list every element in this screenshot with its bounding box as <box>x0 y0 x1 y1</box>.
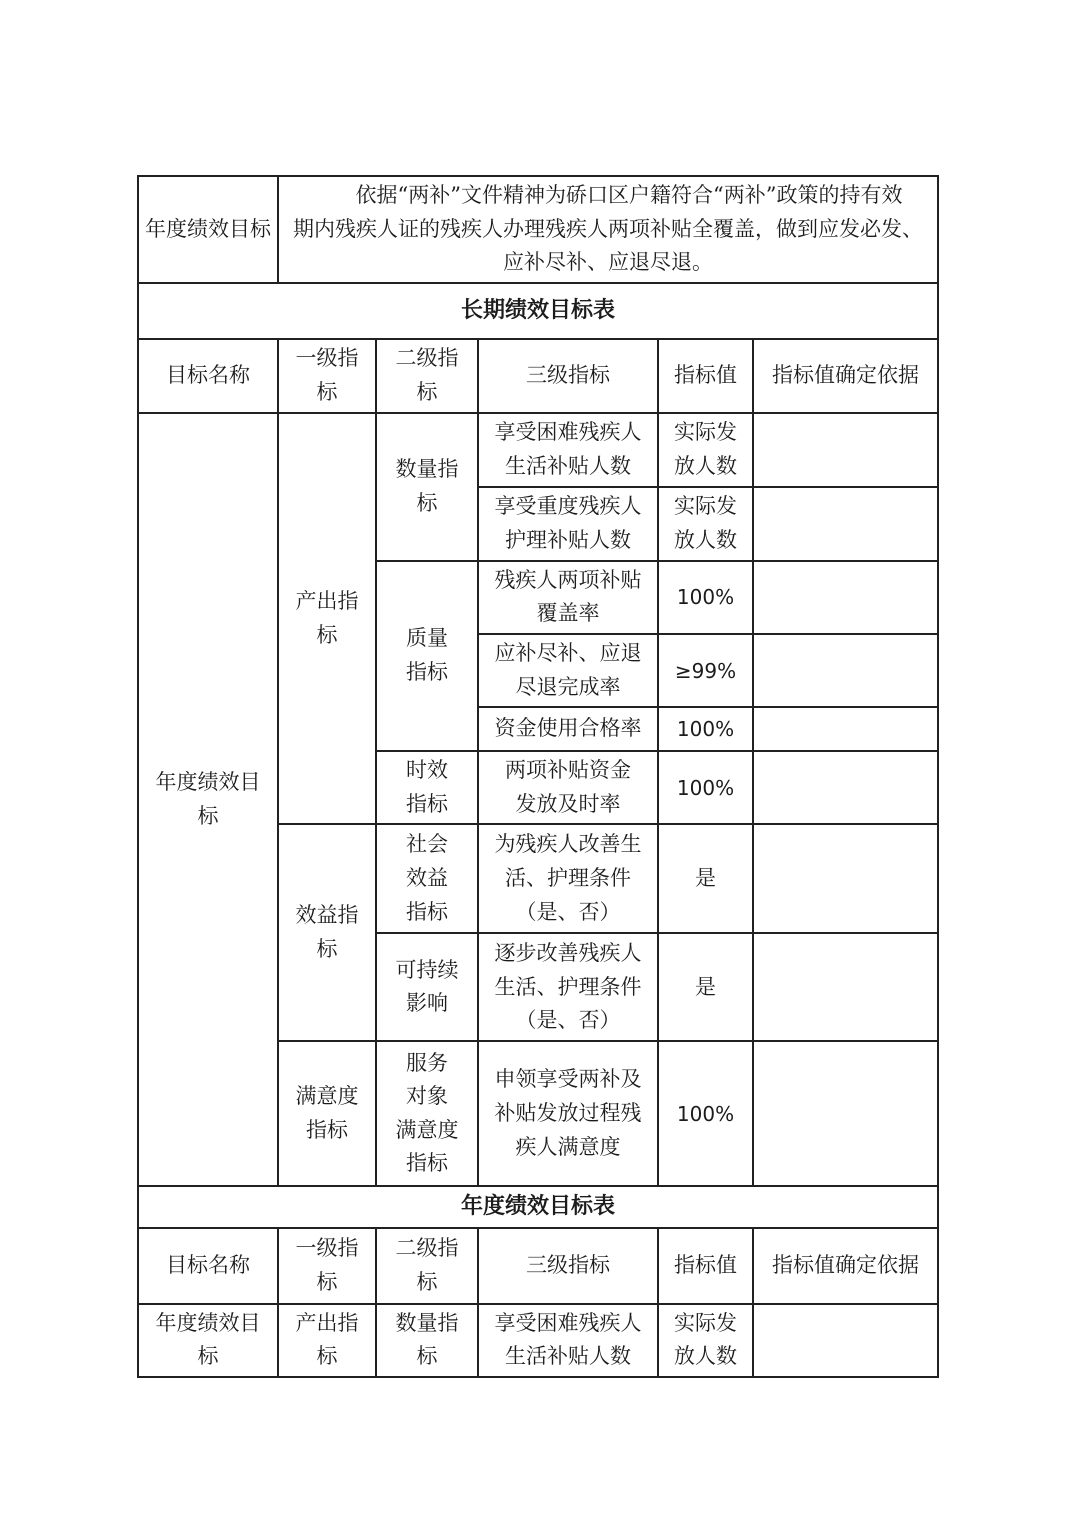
value-cell: 100% <box>658 561 753 634</box>
value-cell: 实际发 放人数 <box>658 1304 753 1377</box>
indicator-cell: 享受困难残疾人 生活补贴人数 <box>478 1304 658 1377</box>
performance-targets-table: 年度绩效目标 依据“两补”文件精神为硚口区户籍符合“两补”政策的持有效 期内残疾… <box>137 175 939 1378</box>
level2-quantity-cell: 数量指 标 <box>376 413 478 561</box>
annual-goal-summary-row: 年度绩效目标 依据“两补”文件精神为硚口区户籍符合“两补”政策的持有效 期内残疾… <box>138 176 938 283</box>
basis-cell <box>753 1304 938 1377</box>
basis-cell <box>753 634 938 707</box>
long-term-table-title-row: 长期绩效目标表 <box>138 283 938 339</box>
indicator-cell: 残疾人两项补贴 覆盖率 <box>478 561 658 634</box>
level2-quantity-cell: 数量指 标 <box>376 1304 478 1377</box>
annual-goal-label-cell: 年度绩效目标 <box>138 176 278 283</box>
indicator-cell: 享受重度残疾人 护理补贴人数 <box>478 487 658 561</box>
value-cell: 是 <box>658 824 753 933</box>
annual-table-title-row: 年度绩效目标表 <box>138 1186 938 1227</box>
level2-social-benefit-cell: 社会 效益 指标 <box>376 824 478 933</box>
header-value-basis: 指标值确定依据 <box>753 1228 938 1304</box>
basis-cell <box>753 824 938 933</box>
value-cell: 实际发 放人数 <box>658 487 753 561</box>
header-level2-indicator: 二级指 标 <box>376 1228 478 1304</box>
value-cell: 100% <box>658 751 753 824</box>
table-row: 年度绩效目 标 产出指 标 数量指 标 享受困难残疾人 生活补贴人数 实际发 放… <box>138 1304 938 1377</box>
goal-name-cell: 年度绩效目 标 <box>138 1304 278 1377</box>
header-level1-indicator: 一级指 标 <box>278 1228 376 1304</box>
document-page: 年度绩效目标 依据“两补”文件精神为硚口区户籍符合“两补”政策的持有效 期内残疾… <box>0 0 1074 1520</box>
value-cell: ≥99% <box>658 634 753 707</box>
level1-satisfaction-cell: 满意度 指标 <box>278 1041 376 1186</box>
basis-cell <box>753 561 938 634</box>
basis-cell <box>753 487 938 561</box>
long-term-table-title: 长期绩效目标表 <box>138 283 938 339</box>
header-level3-indicator: 三级指标 <box>478 339 658 413</box>
level2-timeliness-cell: 时效 指标 <box>376 751 478 824</box>
indicator-cell: 两项补贴资金 发放及时率 <box>478 751 658 824</box>
annual-goal-description-cell: 依据“两补”文件精神为硚口区户籍符合“两补”政策的持有效 期内残疾人证的残疾人办… <box>278 176 938 283</box>
level1-benefit-cell: 效益指 标 <box>278 824 376 1041</box>
annual-header-row: 目标名称 一级指 标 二级指 标 三级指标 指标值 指标值确定依据 <box>138 1228 938 1304</box>
header-indicator-value: 指标值 <box>658 339 753 413</box>
header-level2-indicator: 二级指 标 <box>376 339 478 413</box>
level1-output-cell: 产出指 标 <box>278 413 376 825</box>
level2-quality-cell: 质量 指标 <box>376 561 478 751</box>
value-cell: 100% <box>658 1041 753 1186</box>
value-cell: 实际发 放人数 <box>658 413 753 487</box>
level1-output-cell: 产出指 标 <box>278 1304 376 1377</box>
indicator-cell: 为残疾人改善生 活、护理条件 （是、否） <box>478 824 658 933</box>
indicator-cell: 资金使用合格率 <box>478 707 658 751</box>
level2-service-satisfaction-cell: 服务 对象 满意度 指标 <box>376 1041 478 1186</box>
basis-cell <box>753 751 938 824</box>
header-value-basis: 指标值确定依据 <box>753 339 938 413</box>
header-level1-indicator: 一级指 标 <box>278 339 376 413</box>
basis-cell <box>753 413 938 487</box>
goal-name-cell: 年度绩效目 标 <box>138 413 278 1187</box>
header-goal-name: 目标名称 <box>138 339 278 413</box>
indicator-cell: 申领享受两补及 补贴发放过程残 疾人满意度 <box>478 1041 658 1186</box>
value-cell: 100% <box>658 707 753 751</box>
value-cell: 是 <box>658 933 753 1041</box>
header-level3-indicator: 三级指标 <box>478 1228 658 1304</box>
long-term-header-row: 目标名称 一级指 标 二级指 标 三级指标 指标值 指标值确定依据 <box>138 339 938 413</box>
level2-sustainable-impact-cell: 可持续 影响 <box>376 933 478 1041</box>
basis-cell <box>753 1041 938 1186</box>
indicator-cell: 享受困难残疾人 生活补贴人数 <box>478 413 658 487</box>
header-goal-name: 目标名称 <box>138 1228 278 1304</box>
table-row: 年度绩效目 标 产出指 标 数量指 标 享受困难残疾人 生活补贴人数 实际发 放… <box>138 413 938 487</box>
annual-table-title: 年度绩效目标表 <box>138 1186 938 1227</box>
indicator-cell: 逐步改善残疾人 生活、护理条件 （是、否） <box>478 933 658 1041</box>
basis-cell <box>753 707 938 751</box>
indicator-cell: 应补尽补、应退 尽退完成率 <box>478 634 658 707</box>
header-indicator-value: 指标值 <box>658 1228 753 1304</box>
basis-cell <box>753 933 938 1041</box>
